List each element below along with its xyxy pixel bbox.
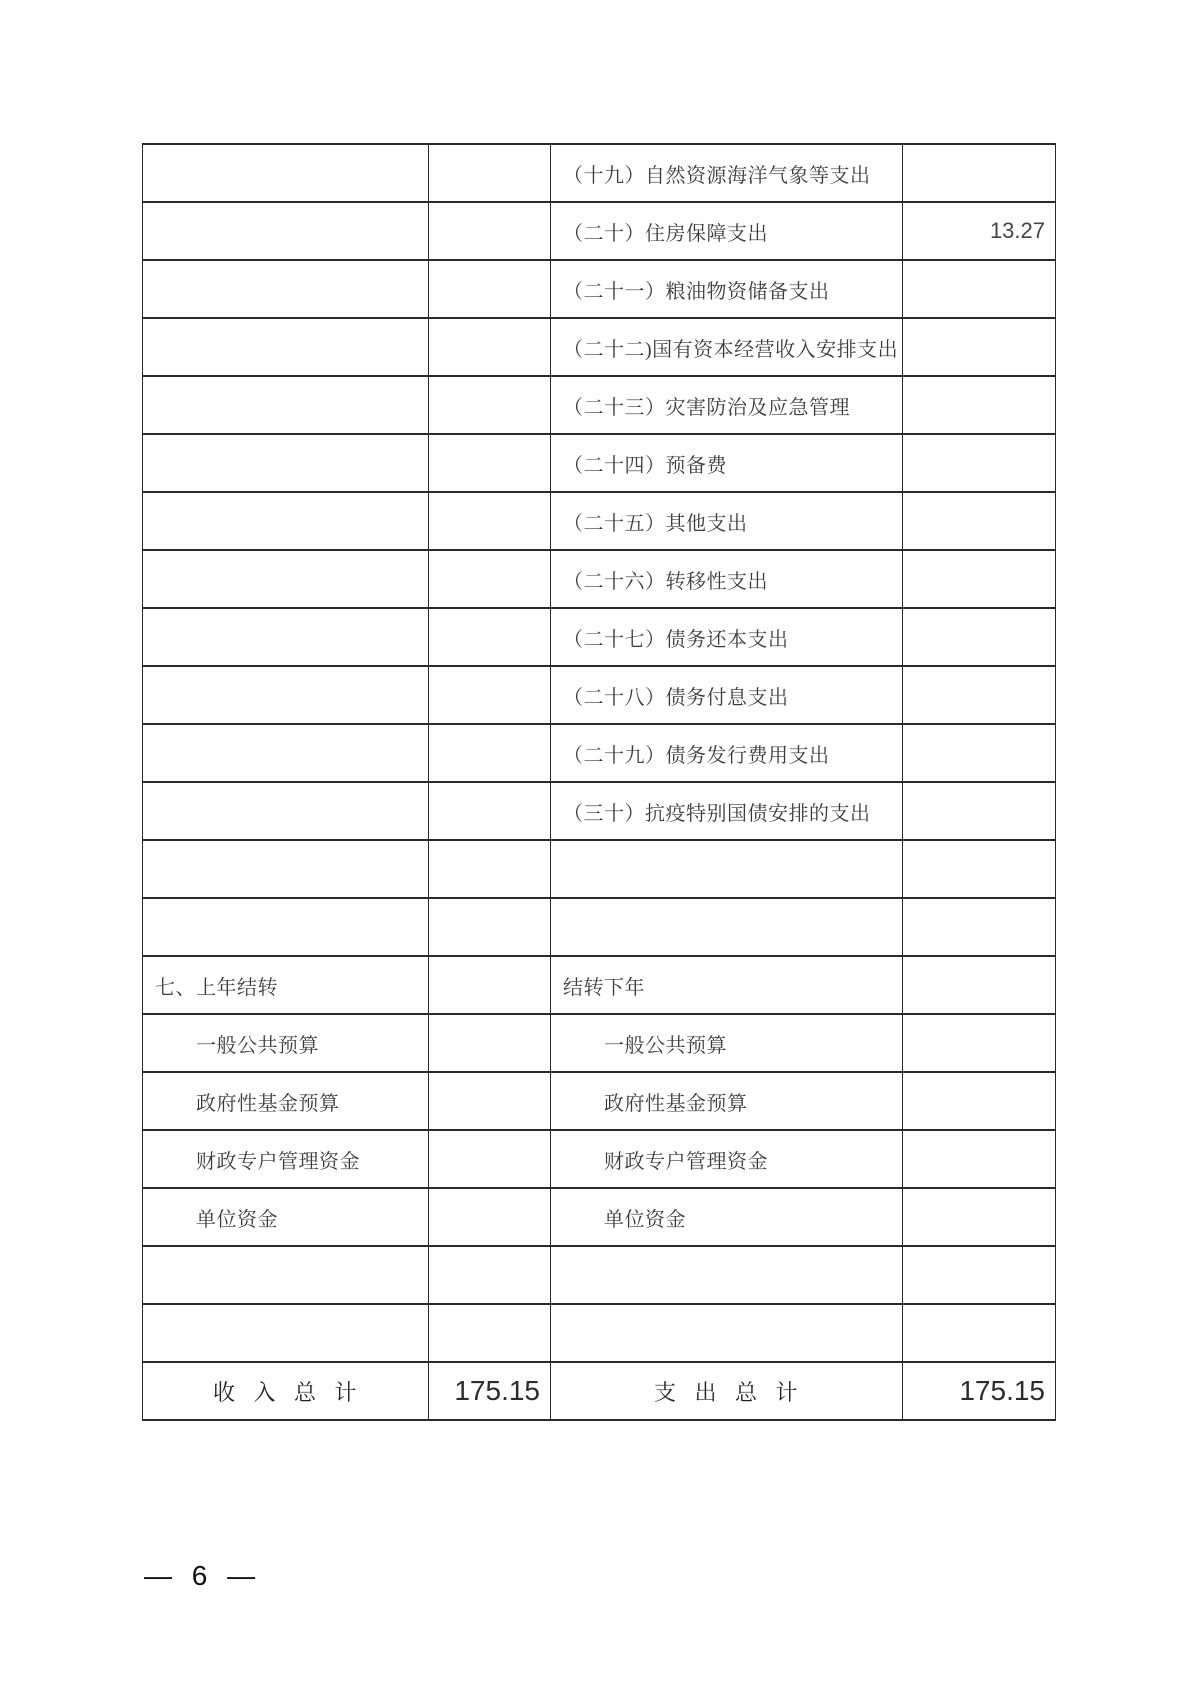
expense-amount-cell xyxy=(903,1072,1056,1130)
table-row: （二十九）债务发行费用支出 xyxy=(143,724,1056,782)
income-item-cell xyxy=(143,1304,429,1362)
expense-item-cell xyxy=(551,1304,903,1362)
table-row: （二十七）债务还本支出 xyxy=(143,608,1056,666)
expense-item-cell: （二十七）债务还本支出 xyxy=(551,608,903,666)
expense-item-cell: 结转下年 xyxy=(551,956,903,1014)
income-item-cell: 单位资金 xyxy=(143,1188,429,1246)
expense-amount-cell xyxy=(903,1188,1056,1246)
expense-amount-cell xyxy=(903,550,1056,608)
income-amount-cell xyxy=(429,1072,551,1130)
income-item-cell: 一般公共预算 xyxy=(143,1014,429,1072)
income-amount-cell xyxy=(429,782,551,840)
income-item-cell xyxy=(143,434,429,492)
expense-amount-cell xyxy=(903,144,1056,202)
table-row: 财政专户管理资金 财政专户管理资金 xyxy=(143,1130,1056,1188)
table-row: （二十三）灾害防治及应急管理 xyxy=(143,376,1056,434)
income-amount-cell xyxy=(429,1188,551,1246)
income-item-cell xyxy=(143,202,429,260)
expense-amount-cell xyxy=(903,318,1056,376)
expense-item-cell: （二十三）灾害防治及应急管理 xyxy=(551,376,903,434)
table-row: （二十一）粮油物资储备支出 xyxy=(143,260,1056,318)
income-amount-cell xyxy=(429,550,551,608)
expense-amount-cell xyxy=(903,724,1056,782)
income-item-cell xyxy=(143,840,429,898)
expense-item-cell: 支 出 总 计 xyxy=(551,1362,903,1420)
table-row: （二十四）预备费 xyxy=(143,434,1056,492)
expense-item-cell: （十九）自然资源海洋气象等支出 xyxy=(551,144,903,202)
income-amount-cell xyxy=(429,492,551,550)
expense-amount-cell xyxy=(903,434,1056,492)
expense-amount-cell xyxy=(903,1304,1056,1362)
expense-amount-cell xyxy=(903,898,1056,956)
expense-amount-cell xyxy=(903,492,1056,550)
income-item-cell: 七、上年结转 xyxy=(143,956,429,1014)
income-amount-cell: 175.15 xyxy=(429,1362,551,1420)
expense-item-cell: 单位资金 xyxy=(551,1188,903,1246)
expense-amount-cell xyxy=(903,666,1056,724)
table-row xyxy=(143,1246,1056,1304)
table-row: （二十）住房保障支出 13.27 xyxy=(143,202,1056,260)
income-amount-cell xyxy=(429,260,551,318)
expense-amount-cell: 175.15 xyxy=(903,1362,1056,1420)
income-amount-cell xyxy=(429,1304,551,1362)
expense-item-cell xyxy=(551,898,903,956)
expense-amount-cell xyxy=(903,956,1056,1014)
expense-item-cell: （二十一）粮油物资储备支出 xyxy=(551,260,903,318)
table-row xyxy=(143,1304,1056,1362)
expense-item-cell: （二十二)国有资本经营收入安排支出 xyxy=(551,318,903,376)
table-row: 收 入 总 计 175.15 支 出 总 计 175.15 xyxy=(143,1362,1056,1420)
table-row: （二十五）其他支出 xyxy=(143,492,1056,550)
income-amount-cell xyxy=(429,898,551,956)
expense-amount-cell xyxy=(903,608,1056,666)
table-row xyxy=(143,898,1056,956)
expense-item-cell: （二十六）转移性支出 xyxy=(551,550,903,608)
income-amount-cell xyxy=(429,956,551,1014)
income-item-cell xyxy=(143,724,429,782)
income-amount-cell xyxy=(429,608,551,666)
budget-summary-table: （十九）自然资源海洋气象等支出 （二十）住房保障支出 13.27 （二十一）粮油… xyxy=(142,143,1056,1421)
expense-amount-cell xyxy=(903,1014,1056,1072)
table-row: （三十）抗疫特别国债安排的支出 xyxy=(143,782,1056,840)
income-item-cell xyxy=(143,318,429,376)
expense-amount-cell: 13.27 xyxy=(903,202,1056,260)
expense-item-cell: 政府性基金预算 xyxy=(551,1072,903,1130)
expense-amount-cell xyxy=(903,376,1056,434)
expense-item-cell: （二十）住房保障支出 xyxy=(551,202,903,260)
income-amount-cell xyxy=(429,840,551,898)
income-item-cell xyxy=(143,376,429,434)
budget-table-body: （十九）自然资源海洋气象等支出 （二十）住房保障支出 13.27 （二十一）粮油… xyxy=(143,144,1056,1420)
income-item-cell xyxy=(143,782,429,840)
expense-amount-cell xyxy=(903,260,1056,318)
expense-item-cell: 一般公共预算 xyxy=(551,1014,903,1072)
income-item-cell xyxy=(143,666,429,724)
income-amount-cell xyxy=(429,666,551,724)
table-row: 一般公共预算 一般公共预算 xyxy=(143,1014,1056,1072)
table-row: （二十六）转移性支出 xyxy=(143,550,1056,608)
income-amount-cell xyxy=(429,318,551,376)
table-row xyxy=(143,840,1056,898)
page-number: — 6 — xyxy=(144,1560,261,1592)
expense-amount-cell xyxy=(903,782,1056,840)
expense-item-cell: （二十八）债务付息支出 xyxy=(551,666,903,724)
table-row: （二十八）债务付息支出 xyxy=(143,666,1056,724)
income-item-cell: 政府性基金预算 xyxy=(143,1072,429,1130)
income-item-cell xyxy=(143,1246,429,1304)
income-amount-cell xyxy=(429,202,551,260)
expense-item-cell: （二十四）预备费 xyxy=(551,434,903,492)
income-amount-cell xyxy=(429,144,551,202)
income-item-cell xyxy=(143,550,429,608)
income-amount-cell xyxy=(429,1130,551,1188)
income-item-cell xyxy=(143,492,429,550)
income-amount-cell xyxy=(429,1014,551,1072)
expense-amount-cell xyxy=(903,1130,1056,1188)
income-item-cell xyxy=(143,260,429,318)
expense-item-cell xyxy=(551,840,903,898)
income-amount-cell xyxy=(429,376,551,434)
expense-item-cell: 财政专户管理资金 xyxy=(551,1130,903,1188)
expense-item-cell: （二十九）债务发行费用支出 xyxy=(551,724,903,782)
income-item-cell: 收 入 总 计 xyxy=(143,1362,429,1420)
table-row: 单位资金 单位资金 xyxy=(143,1188,1056,1246)
income-item-cell xyxy=(143,144,429,202)
expense-item-cell xyxy=(551,1246,903,1304)
income-item-cell xyxy=(143,608,429,666)
table-row: （二十二)国有资本经营收入安排支出 xyxy=(143,318,1056,376)
expense-amount-cell xyxy=(903,1246,1056,1304)
expense-item-cell: （二十五）其他支出 xyxy=(551,492,903,550)
income-item-cell: 财政专户管理资金 xyxy=(143,1130,429,1188)
expense-amount-cell xyxy=(903,840,1056,898)
table-row: 政府性基金预算 政府性基金预算 xyxy=(143,1072,1056,1130)
table-row: 七、上年结转 结转下年 xyxy=(143,956,1056,1014)
income-amount-cell xyxy=(429,724,551,782)
income-amount-cell xyxy=(429,434,551,492)
table-row: （十九）自然资源海洋气象等支出 xyxy=(143,144,1056,202)
income-item-cell xyxy=(143,898,429,956)
income-amount-cell xyxy=(429,1246,551,1304)
document-page: { "document": { "page_number_label": "— … xyxy=(0,0,1190,1683)
expense-item-cell: （三十）抗疫特别国债安排的支出 xyxy=(551,782,903,840)
